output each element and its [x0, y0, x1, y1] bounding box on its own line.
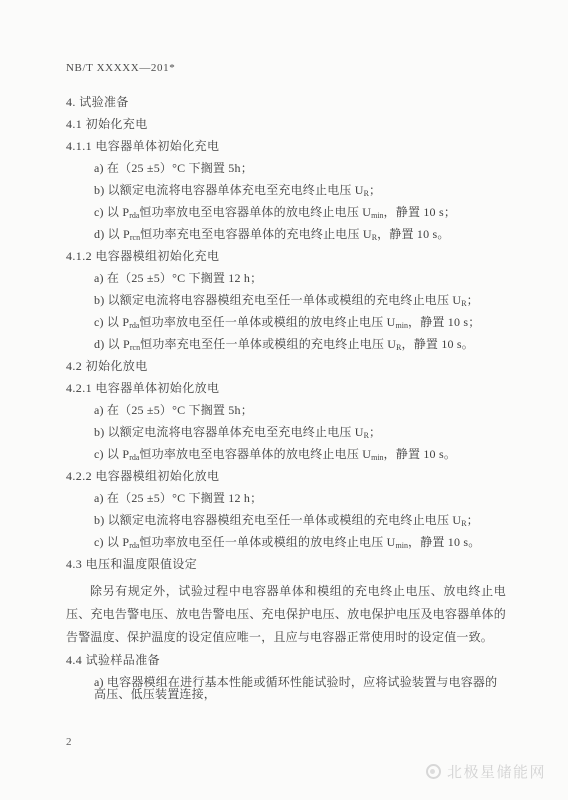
- list-item: d) 以 Prcn恒功率充电至电容器单体的充电终止电压 UR，静置 10 s。: [66, 228, 506, 240]
- clause-heading: 4.2.1 电容器单体初始化放电: [66, 382, 506, 394]
- list-item: b) 以额定电流将电容器单体充电至充电终止电压 UR；: [66, 184, 506, 196]
- subsection-heading: 4.4 试验样品准备: [66, 654, 506, 666]
- list-item: a) 在（25 ±5）°C 下搁置 12 h；: [66, 492, 506, 504]
- watermark-text: 北极星储能网: [447, 761, 546, 782]
- list-item: b) 以额定电流将电容器模组充电至任一单体或模组的充电终止电压 UR；: [66, 294, 506, 306]
- list-item: b) 以额定电流将电容器模组充电至任一单体或模组的充电终止电压 UR；: [66, 514, 506, 526]
- subsection-heading: 4.2 初始化放电: [66, 360, 506, 372]
- page-number: 2: [66, 736, 72, 748]
- document-body: 4. 试验准备4.1 初始化充电4.1.1 电容器单体初始化充电a) 在（25 …: [66, 91, 506, 710]
- list-item: c) 以 Prda恒功率放电至电容器单体的放电终止电压 Umin，静置 10 s…: [66, 448, 506, 460]
- list-item: b) 以额定电流将电容器单体充电至充电终止电压 UR；: [66, 426, 506, 438]
- doc-code: NB/T XXXXX—201*: [66, 62, 175, 74]
- list-item: a) 在（25 ±5）°C 下搁置 12 h；: [66, 272, 506, 284]
- polaris-logo-icon: [426, 764, 441, 779]
- list-item: c) 以 Prda恒功率放电至任一单体或模组的放电终止电压 Umin，静置 10…: [66, 536, 506, 548]
- watermark: 北极星储能网: [426, 761, 546, 782]
- list-item: a) 在（25 ±5）°C 下搁置 5h；: [66, 162, 506, 174]
- document-page: NB/T XXXXX—201* 4. 试验准备4.1 初始化充电4.1.1 电容…: [0, 0, 568, 800]
- subsection-heading: 4.1 初始化充电: [66, 118, 506, 130]
- list-item: c) 以 Prda恒功率放电至任一单体或模组的放电终止电压 Umin，静置 10…: [66, 316, 506, 328]
- list-item: a) 在（25 ±5）°C 下搁置 5h；: [66, 404, 506, 416]
- list-item: d) 以 Prcn恒功率充电至任一单体或模组的充电终止电压 UR，静置 10 s…: [66, 338, 506, 350]
- list-item: c) 以 Prda恒功率放电至电容器单体的放电终止电压 Umin，静置 10 s…: [66, 206, 506, 218]
- paragraph: 除另有规定外，试验过程中电容器单体和模组的充电终止电压、放电终止电压、充电告警电…: [66, 580, 506, 649]
- subsection-heading: 4.3 电压和温度限值设定: [66, 558, 506, 570]
- clause-heading: 4.1.1 电容器单体初始化充电: [66, 140, 506, 152]
- clause-heading: 4.2.2 电容器模组初始化放电: [66, 470, 506, 482]
- section-heading: 4. 试验准备: [66, 96, 506, 108]
- list-item: a) 电容器模组在进行基本性能或循环性能试验时，应将试验装置与电容器的高压、低压…: [66, 676, 506, 700]
- clause-heading: 4.1.2 电容器模组初始化充电: [66, 250, 506, 262]
